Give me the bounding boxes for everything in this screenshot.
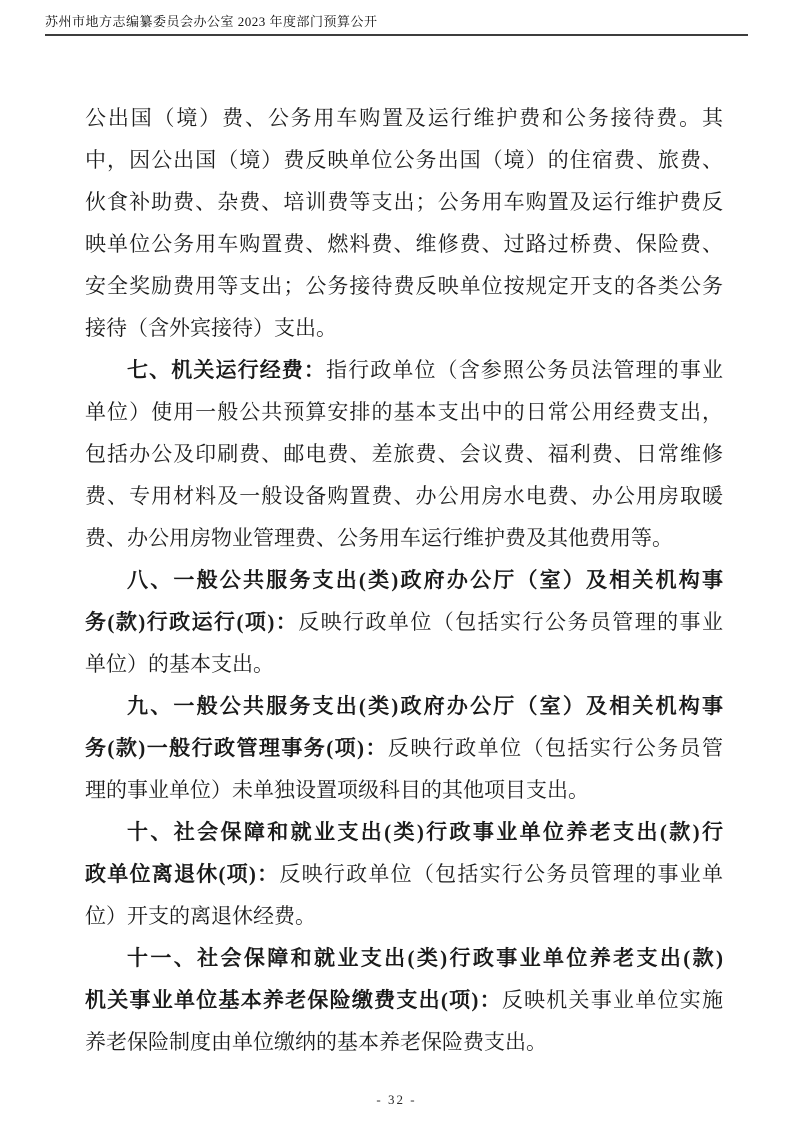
bold-text-run: 九、一般公共服务支出(类)政府办公厅（室）及相关机构事 [127, 694, 723, 718]
bold-text-run: 七、机关运行经费： [127, 358, 326, 382]
text-line: 中，因公出国（境）费反映单位公务出国（境）的住宿费、旅费、 [85, 139, 723, 181]
text-line: 十、社会保障和就业支出(类)行政事业单位养老支出(款)行 [85, 811, 723, 853]
bold-text-run: 十一、社会保障和就业支出(类)行政事业单位养老支出(款) [127, 946, 723, 970]
page-footer: - 32 - [0, 1092, 793, 1108]
text-run: 指行政单位（含参照公务员法管理的事业 [326, 358, 723, 382]
text-line: 安全奖励费用等支出；公务接待费反映单位按规定开支的各类公务 [85, 265, 723, 307]
page-header: 苏州市地方志编纂委员会办公室 2023 年度部门预算公开 [45, 11, 748, 36]
paragraph: 九、一般公共服务支出(类)政府办公厅（室）及相关机构事务(款)一般行政管理事务(… [85, 685, 723, 811]
text-line: 七、机关运行经费：指行政单位（含参照公务员法管理的事业 [85, 349, 723, 391]
text-run: 映单位公务用车购置费、燃料费、维修费、过路过桥费、保险费、 [85, 232, 723, 256]
text-run: 费、专用材料及一般设备购置费、办公用房水电费、办公用房取暖 [85, 484, 723, 508]
paragraph: 十、社会保障和就业支出(类)行政事业单位养老支出(款)行政单位离退休(项)：反映… [85, 811, 723, 937]
text-run: 反映行政单位（包括实行公务员管理的事业单 [279, 862, 723, 886]
bold-text-run: 八、一般公共服务支出(类)政府办公厅（室）及相关机构事 [127, 568, 723, 592]
text-line: 位）开支的离退休经费。 [85, 895, 723, 937]
text-line: 费、专用材料及一般设备购置费、办公用房水电费、办公用房取暖 [85, 475, 723, 517]
text-run: 反映行政单位（包括实行公务员管理的事业 [298, 610, 723, 634]
text-line: 十一、社会保障和就业支出(类)行政事业单位养老支出(款) [85, 937, 723, 979]
text-run: 中，因公出国（境）费反映单位公务出国（境）的住宿费、旅费、 [85, 148, 723, 172]
text-line: 公出国（境）费、公务用车购置及运行维护费和公务接待费。其 [85, 97, 723, 139]
text-line: 接待（含外宾接待）支出。 [85, 307, 723, 349]
paragraph: 八、一般公共服务支出(类)政府办公厅（室）及相关机构事务(款)行政运行(项)：反… [85, 559, 723, 685]
document-body: 公出国（境）费、公务用车购置及运行维护费和公务接待费。其中，因公出国（境）费反映… [85, 97, 723, 1063]
page-container: 苏州市地方志编纂委员会办公室 2023 年度部门预算公开 公出国（境）费、公务用… [0, 0, 793, 1122]
text-run: 费、办公用房物业管理费、公务用车运行维护费及其他费用等。 [85, 526, 673, 550]
text-line: 务(款)一般行政管理事务(项)：反映行政单位（包括实行公务员管 [85, 727, 723, 769]
paragraph: 公出国（境）费、公务用车购置及运行维护费和公务接待费。其中，因公出国（境）费反映… [85, 97, 723, 349]
header-title: 苏州市地方志编纂委员会办公室 2023 年度部门预算公开 [45, 11, 748, 34]
text-line: 九、一般公共服务支出(类)政府办公厅（室）及相关机构事 [85, 685, 723, 727]
text-line: 伙食补助费、杂费、培训费等支出；公务用车购置及运行维护费反 [85, 181, 723, 223]
header-rule [45, 34, 748, 36]
text-run: 单位）使用一般公共预算安排的基本支出中的日常公用经费支出， [85, 400, 723, 424]
bold-text-run: 务(款)一般行政管理事务(项)： [85, 736, 388, 760]
text-run: 单位）的基本支出。 [85, 652, 274, 676]
text-run: 公出国（境）费、公务用车购置及运行维护费和公务接待费。其 [85, 106, 723, 130]
paragraph: 七、机关运行经费：指行政单位（含参照公务员法管理的事业单位）使用一般公共预算安排… [85, 349, 723, 559]
bold-text-run: 政单位离退休(项)： [85, 862, 279, 886]
text-run: 安全奖励费用等支出；公务接待费反映单位按规定开支的各类公务 [85, 274, 723, 298]
text-line: 务(款)行政运行(项)：反映行政单位（包括实行公务员管理的事业 [85, 601, 723, 643]
text-line: 理的事业单位）未单独设置项级科目的其他项目支出。 [85, 769, 723, 811]
bold-text-run: 务(款)行政运行(项)： [85, 610, 298, 634]
text-line: 八、一般公共服务支出(类)政府办公厅（室）及相关机构事 [85, 559, 723, 601]
text-line: 单位）的基本支出。 [85, 643, 723, 685]
text-line: 机关事业单位基本养老保险缴费支出(项)：反映机关事业单位实施 [85, 979, 723, 1021]
paragraph: 十一、社会保障和就业支出(类)行政事业单位养老支出(款)机关事业单位基本养老保险… [85, 937, 723, 1063]
text-line: 养老保险制度由单位缴纳的基本养老保险费支出。 [85, 1021, 723, 1063]
text-line: 费、办公用房物业管理费、公务用车运行维护费及其他费用等。 [85, 517, 723, 559]
text-run: 理的事业单位）未单独设置项级科目的其他项目支出。 [85, 778, 589, 802]
text-line: 政单位离退休(项)：反映行政单位（包括实行公务员管理的事业单 [85, 853, 723, 895]
text-line: 映单位公务用车购置费、燃料费、维修费、过路过桥费、保险费、 [85, 223, 723, 265]
text-run: 养老保险制度由单位缴纳的基本养老保险费支出。 [85, 1030, 547, 1054]
bold-text-run: 机关事业单位基本养老保险缴费支出(项)： [85, 988, 502, 1012]
page-number: - 32 - [376, 1092, 416, 1107]
text-line: 单位）使用一般公共预算安排的基本支出中的日常公用经费支出， [85, 391, 723, 433]
text-run: 位）开支的离退休经费。 [85, 904, 316, 928]
text-run: 反映行政单位（包括实行公务员管 [388, 736, 723, 760]
bold-text-run: 十、社会保障和就业支出(类)行政事业单位养老支出(款)行 [127, 820, 723, 844]
text-run: 伙食补助费、杂费、培训费等支出；公务用车购置及运行维护费反 [85, 190, 723, 214]
text-run: 包括办公及印刷费、邮电费、差旅费、会议费、福利费、日常维修 [85, 442, 723, 466]
text-run: 接待（含外宾接待）支出。 [85, 316, 337, 340]
text-run: 反映机关事业单位实施 [502, 988, 723, 1012]
text-line: 包括办公及印刷费、邮电费、差旅费、会议费、福利费、日常维修 [85, 433, 723, 475]
